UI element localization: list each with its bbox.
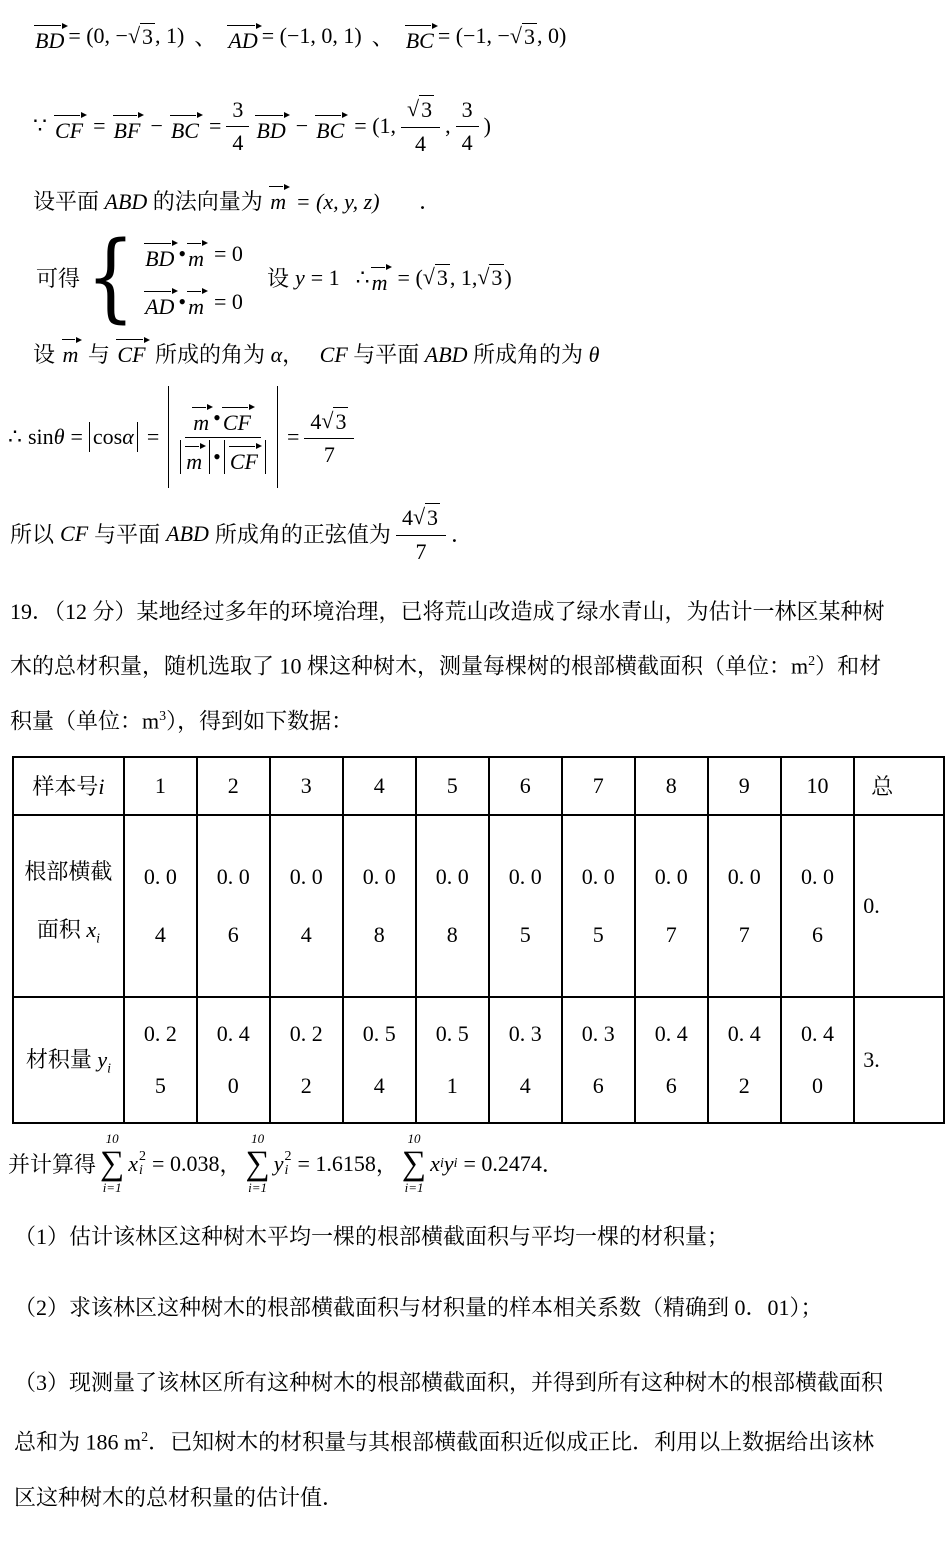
- header-cell: 10: [781, 757, 855, 815]
- sum-operator: 10∑i=1: [245, 1132, 269, 1196]
- header-cell: 8: [635, 757, 708, 815]
- header-cell-sample-id: 样本号i: [13, 757, 124, 815]
- cn-text: 设平面: [33, 189, 99, 214]
- separator: 、: [194, 21, 216, 52]
- x-values-row: 根部横截 面积 xi 0. 04 0. 06 0. 04 0. 08 0. 08…: [13, 815, 944, 997]
- statement-line-2: 木的总材积量，随机选取了 10 棵这种树木，测量每棵树的根部横截面积（单位：m2…: [10, 637, 939, 691]
- math-text: ,: [445, 113, 451, 139]
- vector-ad: AD: [143, 286, 178, 318]
- sqrt-3: √3: [407, 95, 434, 124]
- table-header-row: 样本号i 1 2 3 4 5 6 7 8 9 10 总: [13, 757, 944, 815]
- math-text: = (−1, −: [438, 23, 510, 49]
- y-values-row: 材积量 yi 0. 25 0. 40 0. 22 0. 54 0. 51 0. …: [13, 997, 944, 1123]
- x-cell: 0. 04: [124, 815, 197, 997]
- fraction-mcf: m•CF m•CF: [177, 401, 269, 474]
- math-text: = (1,: [354, 113, 396, 139]
- x-cell: 0. 05: [562, 815, 635, 997]
- math-text: = 1.6158: [297, 1151, 375, 1177]
- vector-m: m: [370, 262, 392, 294]
- var-theta: θ: [589, 342, 600, 367]
- x-cell: 0. 08: [416, 815, 489, 997]
- vector-bc: BC: [314, 110, 348, 142]
- math-text: = (−1, 0, 1): [262, 23, 362, 49]
- x-cell: 0. 04: [270, 815, 343, 997]
- cn-text: 所成的角为: [155, 342, 265, 367]
- y-cell: 0. 51: [416, 997, 489, 1123]
- text-conclusion: 所以 CF 与平面 ABD 所成角的正弦值为 4√3 7 ．: [10, 502, 945, 565]
- math-text: −: [296, 113, 308, 139]
- vector-bd: BD: [143, 238, 178, 270]
- cn-text: 的法向量为: [153, 189, 263, 214]
- header-cell: 4: [343, 757, 416, 815]
- statement-line-3: 积量（单位：m3），得到如下数据：: [10, 692, 939, 746]
- cn-text: 所成角的为: [473, 342, 583, 367]
- math-text: = 0: [214, 289, 243, 315]
- cn-text: 所以: [10, 518, 54, 549]
- math-text: =: [93, 113, 105, 139]
- row-label-y: 材积量 yi: [13, 997, 124, 1123]
- vector-m: m: [191, 402, 213, 434]
- dot-operator: •: [213, 404, 221, 432]
- sigma-symbol: ∑: [245, 1147, 269, 1181]
- separator: 、: [372, 21, 394, 52]
- y-cell: 0. 40: [197, 997, 270, 1123]
- var-y: y: [444, 1151, 454, 1177]
- question-3: （3）现测量了该林区所有这种树木的根部横截面积，并得到所有这种树木的根部横截面积…: [14, 1355, 945, 1524]
- cases-block: { BD•m = 0 AD•m = 0: [80, 237, 243, 319]
- math-text: , 1,: [450, 265, 478, 291]
- abs-bar: [224, 440, 225, 474]
- case-row-bd: BD•m = 0: [143, 238, 243, 270]
- header-cell: 3: [270, 757, 343, 815]
- dot-operator: •: [213, 443, 221, 471]
- math-text: = (x, y, z): [296, 189, 380, 214]
- formula-equation-system: 可得 { BD•m = 0 AD•m = 0 设 y = 1 ∴ m = ( √…: [36, 237, 945, 319]
- y-cell: 0. 54: [343, 997, 416, 1123]
- cn-text: ，: [376, 1148, 398, 1179]
- fraction-sqrt3-4: √34: [401, 94, 440, 157]
- math-text: , 0): [537, 23, 566, 49]
- sin-function: sin: [28, 424, 54, 450]
- text-angle-definitions: 设 m 与 CF 所成的角为 α， CF 与平面 ABD 所成角的为 θ: [33, 334, 945, 376]
- x-cell: 0. 06: [197, 815, 270, 997]
- x-cell: 0. 08: [343, 815, 416, 997]
- sum-operator: 10∑i=1: [402, 1132, 426, 1196]
- vector-m: m: [61, 334, 83, 366]
- var-theta: θ: [54, 424, 65, 450]
- math-text: ): [484, 113, 491, 139]
- vector-cf: CF: [221, 402, 255, 434]
- fraction-3-4: 34: [456, 95, 479, 157]
- x-cell: 0. 05: [489, 815, 562, 997]
- math-text: ): [504, 265, 511, 291]
- cn-text: ，: [219, 1148, 241, 1179]
- math-text: −: [150, 113, 162, 139]
- sample-data-table: 样本号i 1 2 3 4 5 6 7 8 9 10 总 根部横截 面积 xi 0…: [12, 756, 945, 1124]
- vector-m: m: [186, 238, 208, 270]
- case-row-ad: AD•m = 0: [143, 286, 243, 318]
- cn-text: 与平面: [94, 518, 160, 549]
- vector-cf: CF: [115, 334, 149, 366]
- x-total-cell: 0.: [854, 815, 944, 997]
- math-text: = 1: [311, 265, 340, 291]
- therefore-symbol: ∴: [356, 265, 370, 291]
- dot-operator: •: [178, 241, 186, 267]
- fraction-3-4: 34: [226, 95, 249, 157]
- vector-ad: AD: [226, 20, 261, 52]
- header-cell-total: 总: [854, 757, 944, 815]
- question-3-line-1: （3）现测量了该林区所有这种树木的根部横截面积，并得到所有这种树木的根部横截面积: [14, 1355, 945, 1410]
- vector-m: m: [184, 441, 206, 473]
- math-text: =: [147, 424, 159, 450]
- sqrt-3: √3: [128, 23, 155, 50]
- row-label-x: 根部横截 面积 xi: [13, 815, 124, 997]
- vector-bc: BC: [404, 20, 438, 52]
- problem-19-statement: 19．（12 分）某地经过多年的环境治理，已将荒山改造成了绿水青山，为估计一林区…: [10, 587, 939, 746]
- var-alpha: α: [122, 424, 134, 450]
- abs-bar: [209, 440, 210, 474]
- cn-text: 设: [33, 342, 55, 367]
- y-total-cell: 3.: [854, 997, 944, 1123]
- math-text: =: [287, 424, 299, 450]
- vector-bc: BC: [169, 110, 203, 142]
- var-y: y: [274, 1151, 284, 1177]
- cn-text: 设: [267, 262, 289, 293]
- abs-bar: [168, 386, 169, 488]
- y-cell: 0. 25: [124, 997, 197, 1123]
- abs-bar: [137, 422, 138, 452]
- x-cell: 0. 07: [708, 815, 781, 997]
- plane-abd: ABD: [166, 521, 209, 547]
- sigma-symbol: ∑: [402, 1147, 426, 1181]
- vector-cf: CF: [228, 441, 262, 473]
- computed-sums-line: 并计算得 10∑i=1 x2i = 0.038 ， 10∑i=1 y2i = 1…: [8, 1132, 945, 1196]
- y-cell: 0. 36: [562, 997, 635, 1123]
- segment-cf: CF: [60, 521, 88, 547]
- segment-cf: CF: [320, 342, 348, 367]
- cn-text: 所成角的正弦值为: [215, 518, 391, 549]
- math-text: =: [209, 113, 221, 139]
- plane-abd: ABD: [105, 189, 148, 214]
- math-text: = 0: [214, 241, 243, 267]
- var-alpha: α: [271, 342, 283, 367]
- x-cell: 0. 06: [781, 815, 855, 997]
- fraction-4sqrt3-7: 4√3 7: [396, 502, 446, 565]
- y-cell: 0. 34: [489, 997, 562, 1123]
- var-y: y: [295, 265, 305, 291]
- sqrt-3: √3: [413, 503, 440, 532]
- cn-text: 与: [88, 342, 110, 367]
- sqrt-3: √3: [477, 264, 504, 291]
- abs-bar: [265, 440, 266, 474]
- math-text: , 1): [155, 23, 184, 49]
- math-text: = (: [398, 265, 423, 291]
- question-2: （2）求该林区这种树木的根部横截面积与材积量的样本相关系数（精确到 0．01）；: [14, 1287, 945, 1329]
- vector-m: m: [186, 286, 208, 318]
- vector-bd: BD: [33, 20, 68, 52]
- abs-bar: [180, 440, 181, 474]
- cn-text: 与平面: [353, 342, 419, 367]
- y-cell: 0. 42: [708, 997, 781, 1123]
- math-text: =: [71, 424, 83, 450]
- plane-abd: ABD: [425, 342, 468, 367]
- header-cell: 2: [197, 757, 270, 815]
- question-1: （1）估计该林区这种树木平均一棵的根部横截面积与平均一棵的材积量；: [14, 1216, 945, 1258]
- question-3-line-2: 总和为 186 m2．已知树木的材积量与其根部横截面积近似成正比．利用以上数据给…: [14, 1410, 945, 1469]
- vector-cf: CF: [53, 110, 87, 142]
- dot-operator: •: [178, 289, 186, 315]
- period: ．: [451, 518, 473, 549]
- abs-bar: [277, 386, 278, 488]
- formula-sin-theta: ∴ sinθ = cosα = m•CF m•CF = 4√3 7: [8, 386, 945, 488]
- period: ．: [542, 1148, 564, 1179]
- math-text: = (0, −: [68, 23, 128, 49]
- abs-fraction-block: m•CF m•CF: [165, 386, 281, 488]
- header-cell: 5: [416, 757, 489, 815]
- vector-bf: BF: [112, 110, 145, 142]
- y-cell: 0. 46: [635, 997, 708, 1123]
- formula-cf-decomposition: ∵ CF = BF − BC = 34 BD − BC = (1, √34 , …: [33, 94, 945, 157]
- cn-text: 并计算得: [8, 1148, 96, 1179]
- header-cell: 7: [562, 757, 635, 815]
- cos-function: cos: [93, 424, 122, 450]
- vector-m: m: [268, 181, 290, 213]
- header-cell: 9: [708, 757, 781, 815]
- document-page: BD = (0, − √3 , 1) 、 AD = (−1, 0, 1) 、 B…: [0, 0, 945, 1556]
- sqrt-3: √3: [510, 23, 537, 50]
- because-symbol: ∵: [33, 113, 47, 139]
- cn-text: 可得: [36, 262, 80, 293]
- vector-bd: BD: [254, 110, 289, 142]
- sqrt-3: √3: [321, 407, 348, 436]
- fraction-4sqrt3-7: 4√3 7: [304, 406, 354, 469]
- therefore-symbol: ∴: [8, 424, 22, 450]
- sqrt-3: √3: [423, 264, 450, 291]
- math-text: = 0.038: [152, 1151, 219, 1177]
- var-x: x: [128, 1151, 138, 1177]
- left-brace: {: [86, 237, 135, 319]
- y-cell: 0. 22: [270, 997, 343, 1123]
- x-cell: 0. 07: [635, 815, 708, 997]
- formula-vectors-bd-ad-bc: BD = (0, − √3 , 1) 、 AD = (−1, 0, 1) 、 B…: [33, 0, 945, 52]
- question-3-line-3: 区这种树木的总材积量的估计值．: [14, 1470, 945, 1525]
- var-x: x: [430, 1151, 440, 1177]
- header-cell: 6: [489, 757, 562, 815]
- y-cell: 0. 40: [781, 997, 855, 1123]
- statement-line-1: 19．（12 分）某地经过多年的环境治理，已将荒山改造成了绿水青山，为估计一林区…: [10, 587, 939, 637]
- cn-text: ，: [282, 342, 304, 367]
- period: ．: [419, 189, 441, 214]
- text-normal-vector: 设平面 ABD 的法向量为 m = (x, y, z) ．: [33, 181, 945, 223]
- abs-bar: [89, 422, 90, 452]
- sum-operator: 10∑i=1: [100, 1132, 124, 1196]
- math-text: = 0.2474: [463, 1151, 541, 1177]
- sigma-symbol: ∑: [100, 1147, 124, 1181]
- header-cell: 1: [124, 757, 197, 815]
